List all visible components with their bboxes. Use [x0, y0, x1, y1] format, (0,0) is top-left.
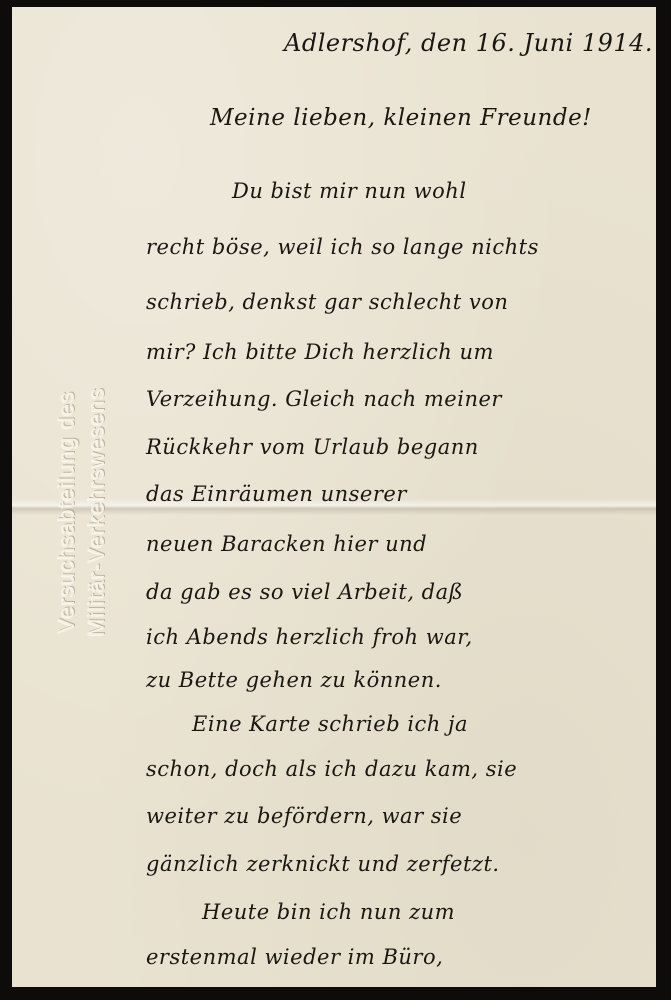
body-line: Eine Karte schrieb ich ja — [192, 712, 468, 736]
body-line: da gab es so viel Arbeit, daß — [146, 580, 463, 604]
dateline: Adlershof, den 16. Juni 1914. — [284, 29, 653, 57]
body-line: ich Abends herzlich froh war, — [146, 625, 473, 649]
body-line: mir? Ich bitte Dich herzlich um — [146, 340, 494, 364]
body-line: Du bist mir nun wohl — [232, 179, 467, 203]
letterhead-emboss: Versuchsabteilung des Militär-Verkehrswe… — [32, 302, 132, 722]
body-line: schrieb, denkst gar schlecht von — [146, 290, 508, 314]
emboss-line-1: Versuchsabteilung des — [52, 302, 82, 722]
emboss-line-2: Militär-Verkehrswesens — [82, 302, 112, 722]
body-line: weiter zu befördern, war sie — [146, 804, 462, 828]
body-line: neuen Baracken hier und — [146, 532, 427, 556]
body-line: Heute bin ich nun zum — [202, 900, 455, 924]
body-line: recht böse, weil ich so lange nichts — [146, 235, 539, 259]
salutation: Meine lieben, kleinen Freunde! — [210, 105, 592, 131]
letter-paper: Versuchsabteilung des Militär-Verkehrswe… — [12, 7, 656, 987]
body-line: schon, doch als ich dazu kam, sie — [146, 757, 517, 781]
scanned-document: Versuchsabteilung des Militär-Verkehrswe… — [0, 0, 671, 1000]
body-line: das Einräumen unserer — [146, 482, 407, 506]
body-line: Rückkehr vom Urlaub begann — [146, 435, 479, 459]
body-line: zu Bette gehen zu können. — [146, 668, 442, 692]
body-line: erstenmal wieder im Büro, — [146, 945, 443, 969]
body-line: gänzlich zerknickt und zerfetzt. — [146, 852, 500, 876]
body-line: Verzeihung. Gleich nach meiner — [146, 387, 502, 411]
emboss-text: Versuchsabteilung des Militär-Verkehrswe… — [52, 302, 112, 722]
